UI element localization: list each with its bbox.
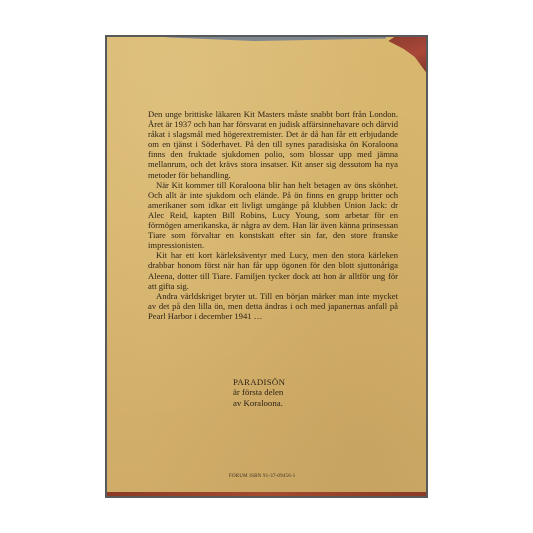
book-title: PARADISÖN	[233, 377, 285, 387]
series-note-line: av Koraloona.	[233, 398, 285, 408]
isbn-line: FORUM ISBN 91-37-09456-1	[229, 474, 295, 479]
series-note-line: är första delen	[233, 387, 285, 397]
blurb-paragraph: Den unge brittiske läkaren Kit Masters m…	[148, 109, 398, 180]
worn-top-edge	[167, 37, 386, 41]
cover-surface: Den unge brittiske läkaren Kit Masters m…	[107, 37, 426, 496]
series-note: PARADISÖN är första delen av Koraloona.	[233, 377, 285, 408]
blurb-paragraph: När Kit kommer till Koraloona blir han h…	[148, 180, 398, 251]
bottom-edge	[107, 492, 426, 496]
blurb-paragraph: Kit har ett kort kärleksäventyr med Lucy…	[148, 250, 398, 290]
blurb-paragraph: Andra världskriget bryter ut. Till en bö…	[148, 291, 398, 321]
blurb-text: Den unge brittiske läkaren Kit Masters m…	[148, 109, 398, 321]
torn-corner	[384, 37, 426, 75]
book-back-cover-photo: Den unge brittiske läkaren Kit Masters m…	[105, 35, 428, 498]
